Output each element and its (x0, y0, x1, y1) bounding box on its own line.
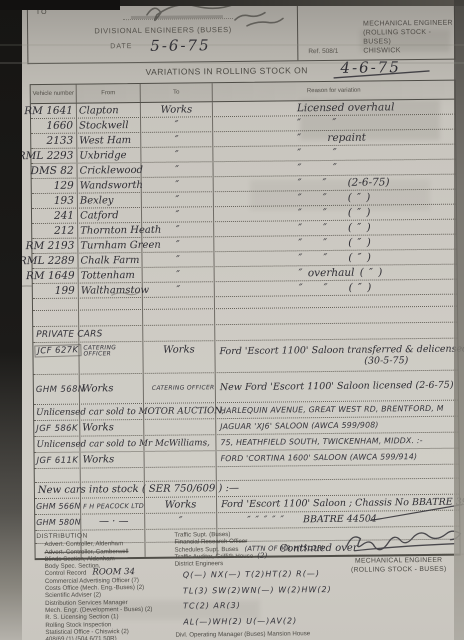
cell-vehicle-number: 129 (32, 179, 78, 193)
cell-reason: ″ ″ (213, 160, 455, 177)
cell-from: Stockwell (77, 118, 141, 133)
cell-reason: ″ ″ ( ″ ) (214, 220, 456, 237)
traffic-recipient-list: Traffic Supt. (Buses) Financial Research… (174, 530, 339, 568)
cell-vehicle-number: 1660 (31, 119, 77, 133)
column-header-reason: Reason for variation (213, 81, 455, 102)
reference-number: Ref. 508/1 (308, 48, 338, 55)
cell-reason: ″ overhaul ( ″ ) (215, 265, 457, 282)
garage-codes-line: Q(—) NX(—) T(2)HT(2) R(—) (183, 569, 353, 586)
cell-reason: Ford 'Escort 1100' Saloon ; Chassis No B… (217, 494, 464, 512)
cell-reason (215, 307, 457, 325)
cell-to: ″ (145, 513, 217, 529)
hyslop-note: (ATTN OF MR HYSLOP) (244, 544, 324, 553)
struck-out-entry (123, 18, 233, 20)
office-line: MECHANICAL ENGINEER (363, 19, 454, 29)
cell-from: Works (80, 420, 144, 436)
cell-vehicle-number: JCF 627K (33, 343, 79, 374)
addressee-box: TO DIVISIONAL ENGINEERS (BUSES) DATE 5-6… (27, 1, 456, 64)
cell-to (143, 309, 215, 325)
cell-reason: ″ ″ ″ ″ ″ BBATRE 44504 (217, 511, 459, 529)
cell-to (144, 435, 216, 451)
cell-to: ″ (141, 117, 213, 132)
cell-from: Clapton (77, 103, 141, 118)
cell-from (81, 468, 145, 482)
table-row: JCF 627K CATERING OFFICER Works Ford 'Es… (33, 339, 457, 375)
cell-to (145, 481, 217, 497)
cell-vehicle-number: DMS 82 (31, 164, 77, 178)
signature-rule (332, 528, 464, 556)
cell-from: Bexley (78, 193, 142, 208)
distribution-title: DISTRIBUTION (36, 532, 176, 541)
to-label: TO (36, 9, 48, 16)
cell-reason: ″ ″ (2-6-75) (214, 175, 456, 192)
cell-from: Walthamstow (79, 283, 143, 298)
cell-from: Uxbridge (77, 148, 141, 163)
cell-to (145, 467, 217, 481)
cell-vehicle-number: RML 2293 (31, 149, 77, 163)
column-header-vehicle-number: Vehicle number (31, 85, 77, 103)
cell-to: ″ (141, 162, 213, 177)
cell-reason: ″ repaint (213, 130, 455, 147)
garage-code-list: Q(—) NX(—) T(2)HT(2) R(—) TL(3) SW(2)WN(… (183, 569, 354, 633)
cell-from: Tottenham (79, 268, 143, 283)
cell-from (79, 310, 143, 326)
cell-to: CATERING OFFICER (144, 373, 216, 403)
cell-vehicle-number: 241 (32, 209, 78, 223)
cell-reason: JAGUAR 'XJ6' SALOON (AWCA 599/908) (216, 417, 458, 435)
garage-codes-line: TC(2) AR(3) (183, 600, 353, 617)
distribution-item: 408/69 (1) (504 6/71 50R) (37, 635, 177, 640)
cell-to (145, 451, 217, 467)
cell-from (79, 298, 143, 310)
cell-from: — · — (81, 514, 145, 530)
scanned-form-page: TO DIVISIONAL ENGINEERS (BUSES) DATE 5-6… (0, 0, 464, 640)
cell-reason: Ford 'Escort 1100' Saloon transferred & … (215, 339, 464, 373)
office-line: (ROLLING STOCK - BUSES) (363, 28, 454, 47)
cell-to: ″ (142, 192, 214, 207)
cell-reason: ″ ″ ( ″ ) (214, 250, 456, 267)
cell-from: Wandsworth (78, 178, 142, 193)
cell-vehicle-number: 199 (33, 284, 79, 298)
garage-codes-line: TL(3) SW(2)WN(—) W(2)HW(2) (183, 584, 353, 601)
cell-vehicle-number: RM 1641 (31, 104, 77, 118)
cell-from (79, 326, 143, 342)
form-title: VARIATIONS IN ROLLING STOCK ON (145, 65, 307, 77)
section-label-private-cars: PRIVATE CARS (33, 327, 79, 342)
cell-vehicle-number: RM 2193 (32, 239, 78, 253)
cell-from: Works (80, 374, 144, 404)
cell-from: Turnham Green (78, 238, 142, 253)
divisional-operating-manager-line: Divl. Operating Manager (Buses) Mansion … (175, 630, 310, 638)
cell-to: ″ (142, 252, 214, 267)
cell-from: West Ham (77, 133, 141, 148)
cell-vehicle-number (35, 469, 81, 482)
cell-reason (217, 465, 459, 481)
handwritten-date: 5-6-75 (150, 36, 210, 55)
cell-from: Works (81, 452, 145, 468)
date-label: DATE (110, 43, 132, 50)
cell-reason: ″ ″ (213, 115, 455, 132)
cell-to: ″ (142, 177, 214, 192)
cell-vehicle-number: JGF 586K (34, 421, 80, 436)
cell-reason (215, 323, 457, 341)
column-header-to: To (141, 83, 213, 102)
traffic-item: District Engineers (175, 559, 340, 568)
cell-to (144, 419, 216, 435)
cell-reason: Licensed overhaul (213, 100, 455, 117)
cell-from (81, 482, 145, 498)
cell-from: CATERING OFFICER (79, 342, 143, 374)
signatory-title: MECHANICAL ENGINEER (ROLLING STOCK - BUS… (333, 557, 464, 575)
cell-from: Cricklewood (77, 163, 141, 178)
cell-from (80, 404, 144, 420)
form-title-date: 4-6-75 (340, 58, 400, 77)
cell-to: Works (143, 341, 215, 373)
cell-vehicle-number: JGF 611K (35, 453, 81, 468)
cell-reason: ″ ″ ( ″ ) (214, 205, 456, 222)
addressee-text: DIVISIONAL ENGINEERS (BUSES) (28, 24, 298, 36)
cell-reason: ″ ″ ( ″ ) (215, 280, 457, 297)
cell-to: ″ (142, 222, 214, 237)
cell-to: ″ (141, 132, 213, 147)
office-line: CHISWICK (363, 46, 454, 56)
auditor-count-note: (2) (257, 552, 267, 560)
cell-reason: HARLEQUIN AVENUE, GREAT WEST RD, BRENTFO… (216, 401, 458, 419)
cell-to (143, 297, 215, 309)
cell-to (144, 403, 216, 419)
cell-vehicle-number: RML 2289 (32, 254, 78, 268)
cell-reason: FORD 'CORTINA 1600' SALOON (AWCA 599/914… (217, 449, 459, 467)
cell-to: ″ (143, 267, 215, 282)
cell-vehicle-number: GHM 568N (34, 375, 80, 404)
cell-from: F H PEACOCK LTD (81, 498, 145, 514)
cell-reason (217, 479, 459, 497)
cell-reason: New Ford 'Escort 1100' Saloon licensed (… (216, 371, 458, 403)
cell-vehicle-number: GHM 580N (35, 515, 81, 530)
cell-note: Unlicensed car sold to MOTOR AUCTION, (34, 405, 80, 420)
new-cars-note: New cars into stock ( SER 750/609 ) :— (35, 483, 81, 498)
variations-table: Vehicle number From To Reason for variat… (30, 80, 461, 560)
cell-to: ″ (143, 282, 215, 297)
cell-from: Catford (78, 208, 142, 223)
signature-block: MECHANICAL ENGINEER (ROLLING STOCK - BUS… (332, 528, 464, 575)
cell-to (143, 325, 215, 341)
cell-vehicle-number: GHM 566N (35, 499, 81, 514)
cell-to: ″ (142, 207, 214, 222)
cell-from: Thornton Heath (78, 223, 142, 238)
cell-vehicle-number: 212 (32, 224, 78, 238)
cell-vehicle-number: RM 1649 (33, 269, 79, 283)
cell-reason: 75, HEATHFIELD SOUTH, TWICKENHAM, MIDDX.… (216, 433, 458, 451)
office-address: MECHANICAL ENGINEER (ROLLING STOCK - BUS… (363, 19, 454, 56)
cell-note: Unlicensed car sold to Mr McWilliams, (34, 437, 80, 452)
table-row: GHM 568N Works CATERING OFFICER New Ford… (34, 371, 458, 405)
cell-to: ″ (141, 147, 213, 162)
paper-sheet: TO DIVISIONAL ENGINEERS (BUSES) DATE 5-6… (0, 0, 464, 640)
cell-vehicle-number: 193 (32, 194, 78, 208)
cell-to: Works (145, 497, 217, 513)
cell-from: Chalk Farm (78, 253, 142, 268)
cell-vehicle-number: 2133 (31, 134, 77, 148)
column-header-from: From (77, 84, 141, 103)
cell-vehicle-number (33, 311, 79, 326)
cell-reason: ″ ″ ( ″ ) (214, 235, 456, 252)
cell-reason: ″ ″ (213, 145, 455, 162)
cell-from (80, 436, 144, 452)
cell-to: ″ (142, 237, 214, 252)
cell-vehicle-number (33, 299, 79, 310)
cell-to: Works (141, 102, 213, 117)
cell-reason: ″ ″ ( ″ ) (214, 190, 456, 207)
distribution-list: DISTRIBUTION Advert. Controller, Aldenha… (36, 532, 177, 640)
